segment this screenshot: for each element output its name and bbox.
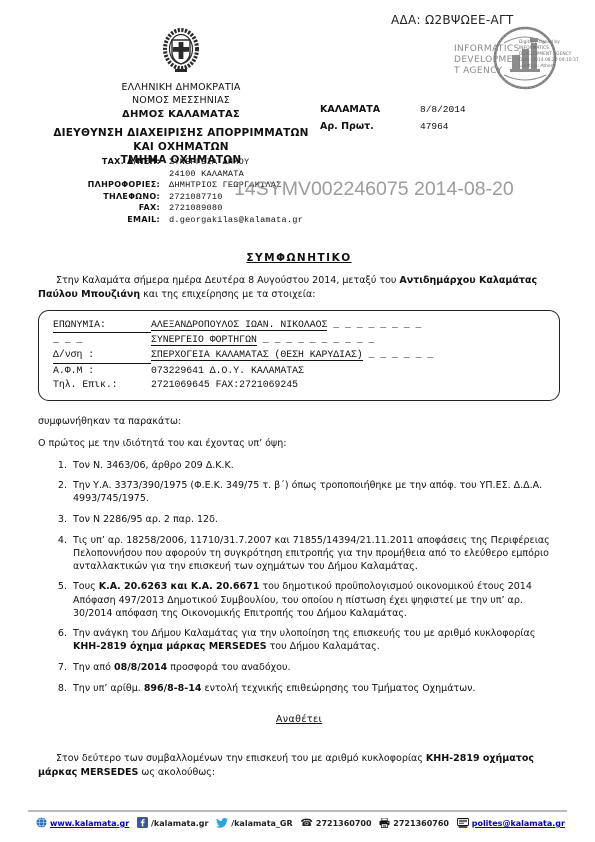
list-item: Τον Ν. 3463/06, άρθρο 209 Δ.Κ.Κ.: [70, 459, 560, 472]
text-segment: 896/8-8-14: [144, 683, 202, 694]
contact-value: ΣΥΝΕΡΓΕΙΑ ΔΗΜΟΥ: [169, 157, 249, 167]
protocol-row: Αρ. Πρωτ.47964: [320, 121, 560, 132]
document-body: ΣΥΜΦΩΝΗΤΙΚΟ Στην Καλαμάτα σήμερα ημέρα Δ…: [38, 252, 560, 790]
footer-row: www.kalamata.gr/kalamata.gr/kalamata_GR☎…: [36, 817, 565, 830]
text-segment: Τον Ν. 3463/06, άρθρο 209 Δ.Κ.Κ.: [73, 460, 234, 471]
fax-icon: [379, 818, 390, 830]
text-segment: Την ανάγκη του Δήμου Καλαμάτας για την υ…: [73, 628, 535, 639]
list-item: Τους Κ.Α. 20.6263 και Κ.Α. 20.6671 του δ…: [70, 580, 560, 619]
agreed-text: συμφωνήθηκαν τα παρακάτω:: [38, 416, 560, 428]
footer-item: polites@kalamata.gr: [457, 818, 565, 830]
box-trail: _ _ _ _ _ _ _ _ _ _: [257, 334, 375, 345]
fax-number: 2721360760: [393, 819, 449, 828]
box-value: ΣΠΕΡΧΟΓΕΙΑ ΚΑΛΑΜΑΤΑΣ (ΘΕΣΗ ΚΑΡΥΔΙΑΣ): [151, 349, 363, 361]
text-segment: Στην Καλαμάτα σήμερα ημέρα Δευτέρα 8 Αυγ…: [56, 275, 399, 286]
considering-text: Ο πρώτος με την ιδιότητά του και έχοντας…: [38, 438, 560, 450]
box-row: ΕΠΩΝΥΜΙΑ:ΑΛΕΞΑΝΔΡΟΠΟΥΛΟΣ ΙΩΑΝ. ΝΙΚΟΛΑΟΣ …: [53, 318, 549, 334]
list-item: Την Υ.Α. 3373/390/1975 (Φ.Ε.Κ. 349/75 τ.…: [70, 479, 560, 505]
box-value: 2721069645 FAX:2721069245: [151, 379, 298, 390]
org-line: ΝΟΜΟΣ ΜΕΣΣΗΝΙΑΣ: [38, 95, 324, 108]
list-item: Την υπ’ αρίθμ. 896/8-8-14 εντολή τεχνική…: [70, 682, 560, 695]
party-details-box: ΕΠΩΝΥΜΙΑ:ΑΛΕΞΑΝΔΡΟΠΟΥΛΟΣ ΙΩΑΝ. ΝΙΚΟΛΑΟΣ …: [38, 310, 560, 401]
footer-divider: [28, 810, 567, 812]
globe-icon: [36, 817, 47, 830]
box-label: Α.Φ.Μ :: [53, 364, 151, 379]
box-trail: _ _ _ _ _ _: [363, 349, 434, 360]
text-segment: ως ακολούθως:: [138, 767, 215, 778]
dept-line: ΔΙΕΥΘΥΝΣΗ ΔΙΑΧΕΙΡΙΣΗΣ ΑΠΟΡΡΙΜΜΑΤΩΝ: [38, 127, 324, 141]
protocol-row: ΚΑΛΑΜΑΤΑ8/8/2014: [320, 104, 560, 115]
text-segment: 08/8/2014: [114, 662, 167, 673]
box-row: Τηλ. Επικ.:2721069645 FAX:2721069245: [53, 378, 549, 393]
box-value: ΣΥΝΕΡΓΕΙΟ ΦΟΡΤΗΓΩΝ: [151, 334, 257, 346]
twitter-icon: [216, 818, 228, 830]
text-segment: εντολή τεχνικής επιθεώρησης του Τμήματος…: [201, 683, 475, 694]
org-line: ΔΗΜΟΣ ΚΑΛΑΜΑΤΑΣ: [38, 108, 324, 122]
document-page: ΑΔΑ: Ω2ΒΨΩΕΕ-ΑΓΤ INFORMATICSDEVELOPMENT …: [0, 0, 595, 842]
protocol-block: ΚΑΛΑΜΑΤΑ8/8/2014Αρ. Πρωτ.47964: [320, 104, 560, 138]
facebook-handle: /kalamata.gr: [151, 819, 208, 828]
contact-label: EMAIL:: [58, 215, 169, 224]
contact-value: 2721087710: [169, 192, 223, 202]
contact-row: EMAIL:d.georgakilas@kalamata.gr: [58, 215, 303, 227]
list-item: Τον Ν 2286/95 αρ. 2 παρ. 12δ.: [70, 513, 560, 526]
protocol-value: 8/8/2014: [420, 104, 466, 115]
dept-line: ΚΑΙ ΟΧΗΜΑΤΩΝ: [38, 141, 324, 155]
org-lines: ΕΛΛΗΝΙΚΗ ΔΗΜΟΚΡΑΤΙΑΝΟΜΟΣ ΜΕΣΣΗΝΙΑΣΔΗΜΟΣ …: [38, 82, 324, 121]
contact-row: FAX:2721089080: [58, 203, 303, 215]
contact-value: d.georgakilas@kalamata.gr: [169, 215, 303, 225]
org-line: ΕΛΛΗΝΙΚΗ ΔΗΜΟΚΡΑΤΙΑ: [38, 82, 324, 95]
contact-value: 24100 ΚΑΛΑΜΑΤΑ: [169, 169, 244, 179]
closing-paragraph: Στον δεύτερο των συμβαλλομένων την επισκ…: [38, 752, 560, 781]
contact-label: FAX:: [58, 203, 169, 212]
text-segment: και της επιχείρησης με τα στοιχεία:: [140, 289, 315, 300]
phone-number: 2721360700: [316, 819, 372, 828]
twitter-handle: /kalamata_GR: [231, 819, 292, 828]
protocol-label: Αρ. Πρωτ.: [320, 121, 420, 132]
text-segment: προσφορά του αναδόχου.: [167, 662, 290, 673]
contact-label: ΤΑΧ. Δ/ΝΣΗ:: [58, 157, 169, 166]
stamp-text-line: Location: Athens: [519, 64, 593, 70]
protocol-value: 47964: [420, 121, 449, 132]
box-trail: _ _ _ _ _ _ _ _: [327, 319, 421, 330]
footer-item: www.kalamata.gr: [36, 817, 129, 830]
text-segment: ΚΗΗ-2819 όχημα μάρκας MERSEDES: [73, 641, 267, 652]
box-label: Δ/νση :: [53, 348, 151, 364]
box-label: _ _ _: [53, 333, 151, 348]
text-segment: Τον Ν 2286/95 αρ. 2 παρ. 12δ.: [73, 514, 218, 525]
assigns-heading: Αναθέτει: [38, 714, 560, 725]
website-link[interactable]: www.kalamata.gr: [50, 819, 129, 828]
list-item: Την ανάγκη του Δήμου Καλαμάτας για την υ…: [70, 627, 560, 653]
contact-row: ΤΑΧ. Δ/ΝΣΗ:ΣΥΝΕΡΓΕΙΑ ΔΗΜΟΥ: [58, 157, 303, 169]
text-segment: Τους: [73, 581, 99, 592]
footer-item: 2721360760: [379, 818, 449, 830]
text-segment: του Δήμου Καλαμάτας.: [267, 641, 380, 652]
box-value: 073229641 Δ.Ο.Υ. ΚΑΛΑΜΑΤΑΣ: [151, 365, 304, 376]
text-segment: Στον δεύτερο των συμβαλλομένων την επισκ…: [56, 753, 426, 764]
contact-value: 2721089080: [169, 203, 223, 213]
footer-item: /kalamata.gr: [137, 817, 208, 830]
contact-label: ΠΛΗΡΟΦΟΡΙΕΣ:: [58, 180, 169, 189]
email-link[interactable]: polites@kalamata.gr: [472, 819, 565, 828]
list-item: Την από 08/8/2014 προσφορά του αναδόχου.: [70, 661, 560, 674]
text-segment: Κ.Α. 20.6263 και Κ.Α. 20.6671: [99, 581, 260, 592]
text-segment: Την Υ.Α. 3373/390/1975 (Φ.Ε.Κ. 349/75 τ.…: [73, 480, 542, 504]
greek-coat-of-arms-icon: [38, 28, 324, 78]
box-row: _ _ _ΣΥΝΕΡΓΕΙΟ ΦΟΡΤΗΓΩΝ _ _ _ _ _ _ _ _ …: [53, 333, 549, 348]
terms-list: Τον Ν. 3463/06, άρθρο 209 Δ.Κ.Κ.Την Υ.Α.…: [38, 459, 560, 695]
footer-item: ☎2721360700: [300, 819, 371, 829]
text-segment: Την υπ’ αρίθμ.: [73, 683, 144, 694]
document-title: ΣΥΜΦΩΝΗΤΙΚΟ: [38, 252, 560, 264]
box-label: ΕΠΩΝΥΜΙΑ:: [53, 318, 151, 334]
contact-label: ΤΗΛΕΦΩΝΟ:: [58, 192, 169, 201]
facebook-icon: [137, 817, 148, 830]
footer-item: /kalamata_GR: [216, 818, 292, 830]
protocol-label: ΚΑΛΑΜΑΤΑ: [320, 104, 420, 115]
box-value: ΑΛΕΞΑΝΔΡΟΠΟΥΛΟΣ ΙΩΑΝ. ΝΙΚΟΛΑΟΣ: [151, 319, 327, 331]
organization-header: ΕΛΛΗΝΙΚΗ ΔΗΜΟΚΡΑΤΙΑΝΟΜΟΣ ΜΕΣΣΗΝΙΑΣΔΗΜΟΣ …: [38, 28, 324, 168]
text-segment: Την από: [73, 662, 114, 673]
phone-icon: ☎: [300, 819, 312, 829]
digital-signature-text: Digitally signed byINFORMATICSDEVELOPMEN…: [519, 40, 593, 70]
email-icon: [457, 818, 469, 830]
text-segment: Τις υπ’ αρ. 18258/2006, 11710/31.7.2007 …: [73, 535, 550, 572]
box-label: Τηλ. Επικ.:: [53, 378, 151, 393]
box-row: Δ/νση :ΣΠΕΡΧΟΓΕΙΑ ΚΑΛΑΜΑΤΑΣ (ΘΕΣΗ ΚΑΡΥΔΙ…: [53, 348, 549, 364]
box-row: Α.Φ.Μ :073229641 Δ.Ο.Υ. ΚΑΛΑΜΑΤΑΣ: [53, 364, 549, 379]
list-item: Τις υπ’ αρ. 18258/2006, 11710/31.7.2007 …: [70, 534, 560, 573]
registry-watermark-text: 14SYMV002246075 2014-08-20: [234, 178, 514, 201]
intro-paragraph: Στην Καλαμάτα σήμερα ημέρα Δευτέρα 8 Αυγ…: [38, 274, 560, 303]
